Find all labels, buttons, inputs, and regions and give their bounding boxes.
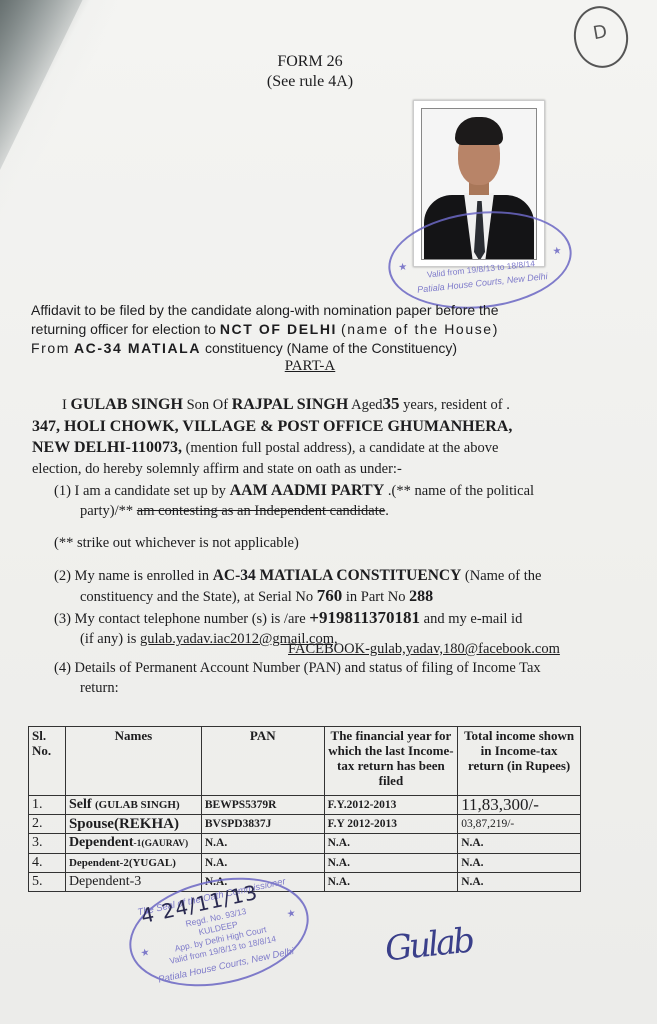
row-fy: N.A. bbox=[324, 873, 458, 892]
item-number: (4) bbox=[54, 660, 71, 676]
address-line2: NEW DELHI-110073, bbox=[32, 439, 182, 456]
table-row: 2. Spouse(REKHA) BVSPD3837J F.Y 2012-201… bbox=[29, 815, 581, 834]
header-pan: PAN bbox=[201, 727, 324, 796]
row-income: 03,87,219/- bbox=[458, 815, 581, 834]
row-name: Dependent-2(YUGAL) bbox=[65, 854, 201, 873]
aged-label: Aged bbox=[351, 397, 382, 413]
item3-suffix: and my e-mail id bbox=[424, 611, 523, 627]
struck-independent-text: am contesting as an Independent candidat… bbox=[137, 503, 385, 519]
address-note: (mention full postal address), a candida… bbox=[186, 440, 499, 456]
table-row: 5. Dependent-3 N.A. N.A. N.A. bbox=[29, 873, 581, 892]
declarant-prefix: I bbox=[62, 397, 67, 413]
strike-note: (** strike out whichever is not applicab… bbox=[54, 535, 299, 552]
affidavit-line1: Affidavit to be filed by the candidate a… bbox=[31, 302, 499, 318]
father-name: RAJPAL SINGH bbox=[232, 396, 349, 413]
pan-table-header: Sl. No. Names PAN The financial year for… bbox=[29, 727, 581, 796]
row-sl: 2. bbox=[29, 815, 66, 834]
name-main: Self bbox=[69, 797, 92, 812]
item-number: (2) bbox=[54, 568, 71, 584]
item4-text: Details of Permanent Account Number (PAN… bbox=[75, 660, 541, 676]
item-4-pan-details: (4) Details of Permanent Account Number … bbox=[54, 658, 594, 698]
table-row: 3. Dependent-1(GAURAV) N.A. N.A. N.A. bbox=[29, 834, 581, 854]
item3-prefix: My contact telephone number (s) is /are bbox=[75, 611, 306, 627]
from-label: From bbox=[31, 340, 70, 356]
row-sl: 4. bbox=[29, 854, 66, 873]
part-label: in Part No bbox=[346, 589, 406, 605]
table-row: 4. Dependent-2(YUGAL) N.A. N.A. N.A. bbox=[29, 854, 581, 873]
part-title: PART-A bbox=[0, 358, 620, 375]
house-suffix: (name of the House) bbox=[341, 321, 499, 337]
row-income: N.A. bbox=[458, 854, 581, 873]
item1-line2-prefix: party)/** bbox=[80, 503, 133, 519]
name-main: Spouse(REKHA) bbox=[69, 816, 179, 832]
header-sl-no: Sl. No. bbox=[29, 727, 66, 796]
item4-line2: return: bbox=[54, 678, 594, 698]
row-sl: 5. bbox=[29, 873, 66, 892]
pan-table: Sl. No. Names PAN The financial year for… bbox=[28, 726, 581, 892]
name-sub: -1(GAURAV) bbox=[134, 839, 189, 849]
enrolled-constituency: AC-34 MATIALA CONSTITUENCY bbox=[213, 567, 462, 584]
row-name: Dependent-1(GAURAV) bbox=[65, 834, 201, 854]
relation-label: Son Of bbox=[187, 397, 229, 413]
declarant-statement: I GULAB SINGH Son Of RAJPAL SINGH Aged35… bbox=[32, 393, 602, 480]
row-pan: BEWPS5379R bbox=[201, 796, 324, 815]
part-number: 288 bbox=[409, 588, 433, 605]
row-pan: N.A. bbox=[201, 834, 324, 854]
row-fy: N.A. bbox=[324, 854, 458, 873]
row-sl: 1. bbox=[29, 796, 66, 815]
party-name: AAM AADMI PARTY bbox=[230, 482, 385, 499]
row-income: N.A. bbox=[458, 834, 581, 854]
item-number: (3) bbox=[54, 611, 71, 627]
row-sl: 3. bbox=[29, 834, 66, 854]
item3-line2-prefix: (if any) is bbox=[80, 631, 136, 647]
item-1-party: (1) I am a candidate set up by AAM AADMI… bbox=[54, 481, 594, 521]
header-names: Names bbox=[65, 727, 201, 796]
table-row: 1. Self (GULAB SINGH) BEWPS5379R F.Y.201… bbox=[29, 796, 581, 815]
oath-line: election, do hereby solemnly affirm and … bbox=[32, 459, 602, 480]
form-header: FORM 26 (See rule 4A) bbox=[0, 52, 620, 92]
row-pan: N.A. bbox=[201, 854, 324, 873]
candidate-age: 35 bbox=[383, 394, 400, 413]
header-financial-year: The financial year for which the last In… bbox=[324, 727, 458, 796]
row-fy: N.A. bbox=[324, 834, 458, 854]
row-fy: F.Y.2012-2013 bbox=[324, 796, 458, 815]
item1-suffix: .(** name of the political bbox=[388, 483, 534, 499]
item2-suffix: (Name of the bbox=[465, 568, 542, 584]
constituency-name: AC-34 MATIALA bbox=[74, 340, 201, 356]
row-income: N.A. bbox=[458, 873, 581, 892]
item2-prefix: My name is enrolled in bbox=[75, 568, 210, 584]
facebook-id: FACEBOOK-gulab,yadav,180@facebook.com bbox=[288, 641, 560, 658]
item-2-enrollment: (2) My name is enrolled in AC-34 MATIALA… bbox=[54, 566, 594, 607]
candidate-name: GULAB SINGH bbox=[70, 396, 182, 413]
phone-number: +919811370181 bbox=[309, 608, 420, 627]
age-suffix: years, resident of . bbox=[403, 397, 510, 413]
name-main: Dependent-2(YUGAL) bbox=[69, 857, 176, 869]
row-income: 11,83,300/- bbox=[458, 796, 581, 815]
house-name: NCT OF DELHI bbox=[220, 321, 337, 337]
item1-line2-suffix: . bbox=[385, 503, 389, 519]
item-number: (1) bbox=[54, 483, 71, 499]
affidavit-heading: Affidavit to be filed by the candidate a… bbox=[31, 301, 591, 358]
item1-prefix: I am a candidate set up by bbox=[75, 483, 226, 499]
row-name: Spouse(REKHA) bbox=[65, 815, 201, 834]
name-main: Dependent bbox=[69, 835, 134, 850]
constituency-suffix: constituency (Name of the Constituency) bbox=[205, 340, 457, 356]
header-total-income: Total income shown in Income-tax return … bbox=[458, 727, 581, 796]
serial-number: 760 bbox=[317, 586, 343, 605]
address-line1: 347, HOLI CHOWK, VILLAGE & POST OFFICE G… bbox=[32, 416, 602, 437]
row-pan: BVSPD3837J bbox=[201, 815, 324, 834]
rule-reference: (See rule 4A) bbox=[0, 72, 620, 92]
corner-mark-letter: D bbox=[592, 21, 609, 44]
form-number: FORM 26 bbox=[0, 52, 620, 72]
name-sub: (GULAB SINGH) bbox=[95, 799, 180, 811]
row-fy: F.Y 2012-2013 bbox=[324, 815, 458, 834]
name-main: Dependent-3 bbox=[69, 874, 141, 889]
affidavit-line2-prefix: returning officer for election to bbox=[31, 321, 216, 337]
item2-line2-prefix: constituency and the State), at Serial N… bbox=[80, 589, 313, 605]
row-name: Self (GULAB SINGH) bbox=[65, 796, 201, 815]
